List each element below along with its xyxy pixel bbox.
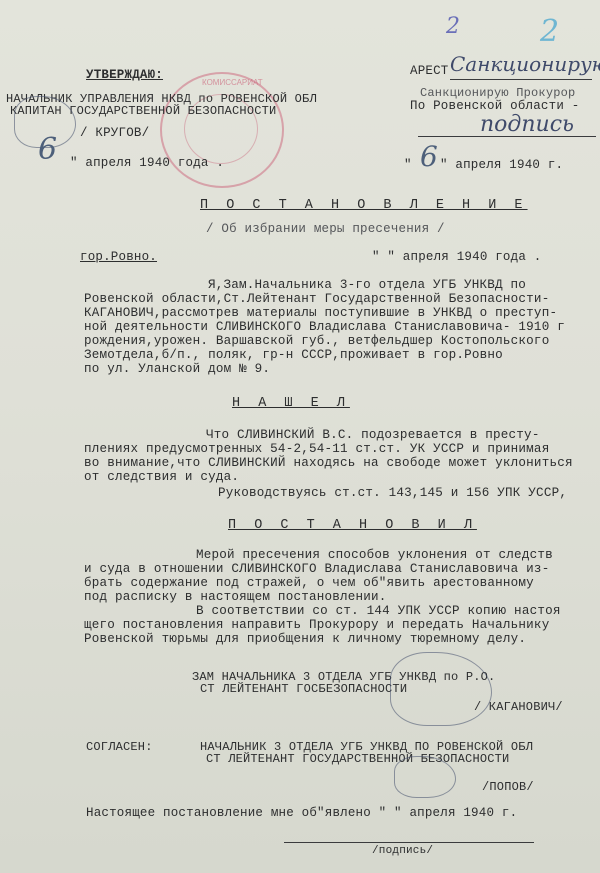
arrest-label: АРЕСТ <box>410 64 449 78</box>
arrest-underline <box>450 79 592 80</box>
resolved-line-2: и суда в отношении СЛИВИНСКОГО Владислав… <box>84 562 549 576</box>
resolved-line-7: Ровенской тюрьмы для приобщения к личном… <box>84 632 526 646</box>
resolved-line-3: брать содержание под стражей, о чем об"я… <box>84 576 534 590</box>
approval-title: УТВЕРЖДАЮ: <box>86 68 163 82</box>
resolved-line-6: щего постановления направить Прокурору и… <box>84 618 549 632</box>
page-number-cyan: 2 <box>540 14 559 49</box>
document-subtitle: / Об избрании меры пресечения / <box>206 222 445 236</box>
official-stamp: КОМИССАРИАТ <box>160 72 284 188</box>
found-line-2: плениях предусмотренных 54-2,54-11 ст.ст… <box>84 442 549 456</box>
approval-name: / КРУГОВ/ <box>80 126 149 140</box>
announcement-signature-label: /подпись/ <box>372 845 433 857</box>
chief-title-line-2: СТ ЛЕЙТЕНАНТ ГОСУДАРСТВЕННОЙ БЕЗОПАСНОСТ… <box>206 752 509 766</box>
announcement-signature-line <box>284 842 534 843</box>
deputy-name: / КАГАНОВИЧ/ <box>474 700 563 714</box>
prosecutor-signature-line <box>418 136 596 137</box>
resolved-heading: П О С Т А Н О В И Л <box>228 518 477 533</box>
agreed-label: СОГЛАСЕН: <box>86 740 153 754</box>
resolved-line-4: под расписку в настоящем постановлении. <box>84 590 387 604</box>
resolved-line-1: Мерой пресечения способов уклонения от с… <box>196 548 553 562</box>
intro-line-1: Я,Зам.Начальника 3-го отдела УГБ УНКВД п… <box>208 278 526 292</box>
approval-date: " апреля 1940 года . <box>70 156 224 170</box>
intro-line-6: Земотдела,б/п., поляк, гр-н СССР,прожива… <box>84 348 503 362</box>
announcement-text: Настоящее постановление мне об"явлено " … <box>86 806 517 820</box>
document-date: " " апреля 1940 года . <box>372 250 541 264</box>
sanction-line-2: По Ровенской области - <box>410 99 579 113</box>
document-city: гор.Ровно. <box>80 250 157 264</box>
deputy-title-line-2: СТ ЛЕЙТЕНАНТ ГОСБЕЗОПАСНОСТИ <box>200 682 407 696</box>
sanction-line-1: Санкционирую Прокурор <box>420 86 575 100</box>
intro-line-7: по ул. Уланской дом № 9. <box>84 362 270 376</box>
intro-line-3: КАГАНОВИЧ,рассмотрев материалы поступивш… <box>84 306 557 320</box>
intro-line-5: рождения,урожен. Варшавской губ., ветфел… <box>84 334 549 348</box>
resolved-line-5: В соответствии со ст. 144 УПК УССР копию… <box>196 604 561 618</box>
found-line-1: Что СЛИВИНСКИЙ В.С. подозревается в прес… <box>206 428 540 442</box>
prosecutor-signature: подпись <box>480 112 574 137</box>
deputy-signature <box>390 652 492 726</box>
page-number-purple: 2 <box>446 14 460 39</box>
found-line-4: от следствия и суда. <box>84 470 239 484</box>
found-heading: Н А Ш Е Л <box>232 396 350 411</box>
stamp-text: КОМИССАРИАТ <box>202 78 263 87</box>
approval-date-day: 6 <box>38 132 57 167</box>
chief-name: /ПОПОВ/ <box>482 780 534 794</box>
arrest-handwritten: Санкционирую <box>450 52 600 76</box>
sanction-date: " апреля 1940 г. <box>440 158 563 172</box>
intro-line-4: ной деятельности СЛИВИНСКОГО Владислава … <box>84 320 565 334</box>
intro-line-2: Ровенской области,Ст.Лейтенант Государст… <box>84 292 549 306</box>
sanction-date-day: 6 <box>420 140 438 173</box>
sanction-date-quote: " <box>404 158 412 172</box>
found-line-3: во внимание,что СЛИВИНСКИЙ находясь на с… <box>84 456 573 470</box>
document-page: 2 2 КОМИССАРИАТ УТВЕРЖДАЮ: НАЧАЛЬНИК УПР… <box>0 0 600 873</box>
document-title: П О С Т А Н О В Л Е Н И Е <box>200 198 528 213</box>
found-line-5: Руководствуясь ст.ст. 143,145 и 156 УПК … <box>218 486 567 500</box>
chief-signature <box>394 756 456 798</box>
